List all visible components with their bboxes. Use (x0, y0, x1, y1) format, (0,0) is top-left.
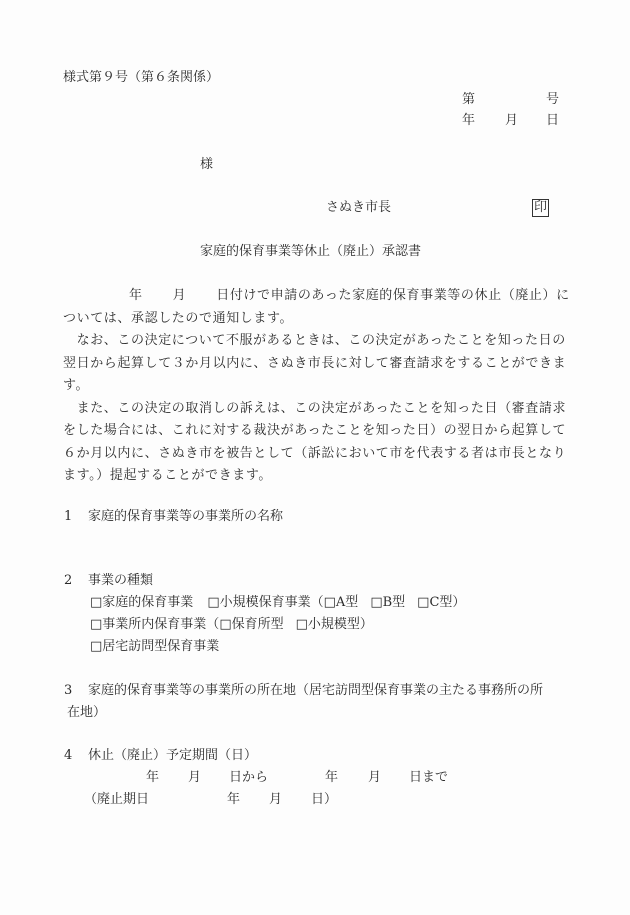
checkbox-nursery-type[interactable]: □ (219, 617, 231, 632)
business-type-row-3: □居宅訪問型保育事業 (90, 639, 219, 655)
body-para-3-line-4: ます。）提起することができます。 (63, 465, 583, 488)
body-line-1: 年月日付けで申請のあった家庭的保育事業等の休止（廃止）に (63, 285, 583, 308)
item-1-label: 家庭的保育事業等の事業所の名称 (88, 509, 283, 525)
option-home-based-childcare: 家庭的保育事業 (102, 595, 193, 610)
body-para-3-line-3: ６か月以内に、さぬき市を被告として（訴訟において市を代表する者は市長となり (63, 443, 583, 466)
to-day: 日まで (409, 770, 448, 786)
option-type-c: C型） (429, 595, 465, 610)
body-para-2-line-2: 翌日から起算して３か月以内に、さぬき市長に対して審査請求をすることができま (63, 353, 583, 376)
business-type-row-1: □家庭的保育事業□小規模保育事業（□A型□B型□C型） (90, 595, 465, 611)
business-type-row-2: □事業所内保育事業（□保育所型□小規模型） (90, 617, 373, 633)
to-year: 年 (325, 770, 338, 786)
option-small-scale-childcare: 小規模保育事業（ (220, 595, 324, 610)
form-label: 様式第９号（第６条関係） (63, 70, 219, 86)
issue-month: 月 (505, 113, 518, 129)
body-text: 年月日付けで申請のあった家庭的保育事業等の休止（廃止）に ついては、承認したので… (63, 285, 583, 488)
option-home-visit-childcare: 居宅訪問型保育事業 (102, 639, 219, 654)
number-prefix: 第 (462, 92, 475, 108)
item-2-number: 2 (64, 573, 72, 589)
from-day: 日から (229, 770, 268, 786)
issue-year: 年 (462, 113, 475, 129)
checkbox-small-type[interactable]: □ (296, 617, 308, 632)
body-line-1-rest: 日付けで申請のあった家庭的保育事業等の休止（廃止）に (216, 288, 569, 303)
body-para-3-line-2: をした場合には、これに対する裁決があったことを知った日）の翌日から起算して (63, 420, 583, 443)
checkbox-home-visit[interactable]: □ (90, 639, 102, 654)
item-4-label: 休止（廃止）予定期間（日） (88, 748, 257, 764)
body-year: 年 (129, 288, 143, 303)
body-para-2-line-3: す。 (63, 375, 583, 398)
seal-mark: 印 (532, 199, 549, 217)
from-month: 月 (188, 770, 201, 786)
body-line-2: ついては、承認したので通知します。 (63, 308, 583, 331)
abolish-date-label: （廃止期日 (84, 792, 149, 808)
body-para-2-line-1: なお、この決定について不服があるときは、この決定があったことを知った日の (63, 330, 583, 353)
issue-day: 日 (546, 113, 559, 129)
option-type-b: B型 (383, 595, 406, 610)
option-small-type: 小規模型） (308, 617, 373, 632)
abolish-year: 年 (227, 792, 240, 808)
option-type-a: A型 (336, 595, 358, 610)
item-3-label-line-1: 家庭的保育事業等の事業所の所在地（居宅訪問型保育事業の主たる事務所の所 (88, 683, 543, 699)
option-nursery-type: 保育所型 (232, 617, 284, 632)
addressee-suffix: 様 (200, 157, 213, 173)
item-3-label-line-2: 在地） (67, 705, 106, 721)
item-2-label: 事業の種類 (88, 573, 153, 589)
checkbox-type-a[interactable]: □ (324, 595, 336, 610)
item-4-number: 4 (64, 748, 72, 764)
abolish-day: 日） (311, 792, 337, 808)
document-title: 家庭的保育事業等休止（廃止）承認書 (200, 244, 421, 260)
checkbox-home-based[interactable]: □ (90, 595, 102, 610)
seal-stamp: 印 (532, 199, 549, 217)
body-month: 月 (173, 288, 187, 303)
abolish-month: 月 (269, 792, 282, 808)
body-para-3-line-1: また、この決定の取消しの訴えは、この決定があったことを知った日（審査請求 (63, 398, 583, 421)
item-1-number: 1 (64, 509, 72, 525)
option-workplace-childcare: 事業所内保育事業（ (102, 617, 219, 632)
item-3-number: 3 (64, 683, 72, 699)
checkbox-type-c[interactable]: □ (417, 595, 429, 610)
checkbox-type-b[interactable]: □ (370, 595, 382, 610)
issuer-name: さぬき市長 (326, 200, 391, 216)
from-year: 年 (146, 770, 159, 786)
checkbox-workplace[interactable]: □ (90, 617, 102, 632)
checkbox-small-scale[interactable]: □ (207, 595, 219, 610)
to-month: 月 (368, 770, 381, 786)
number-suffix: 号 (546, 92, 559, 108)
